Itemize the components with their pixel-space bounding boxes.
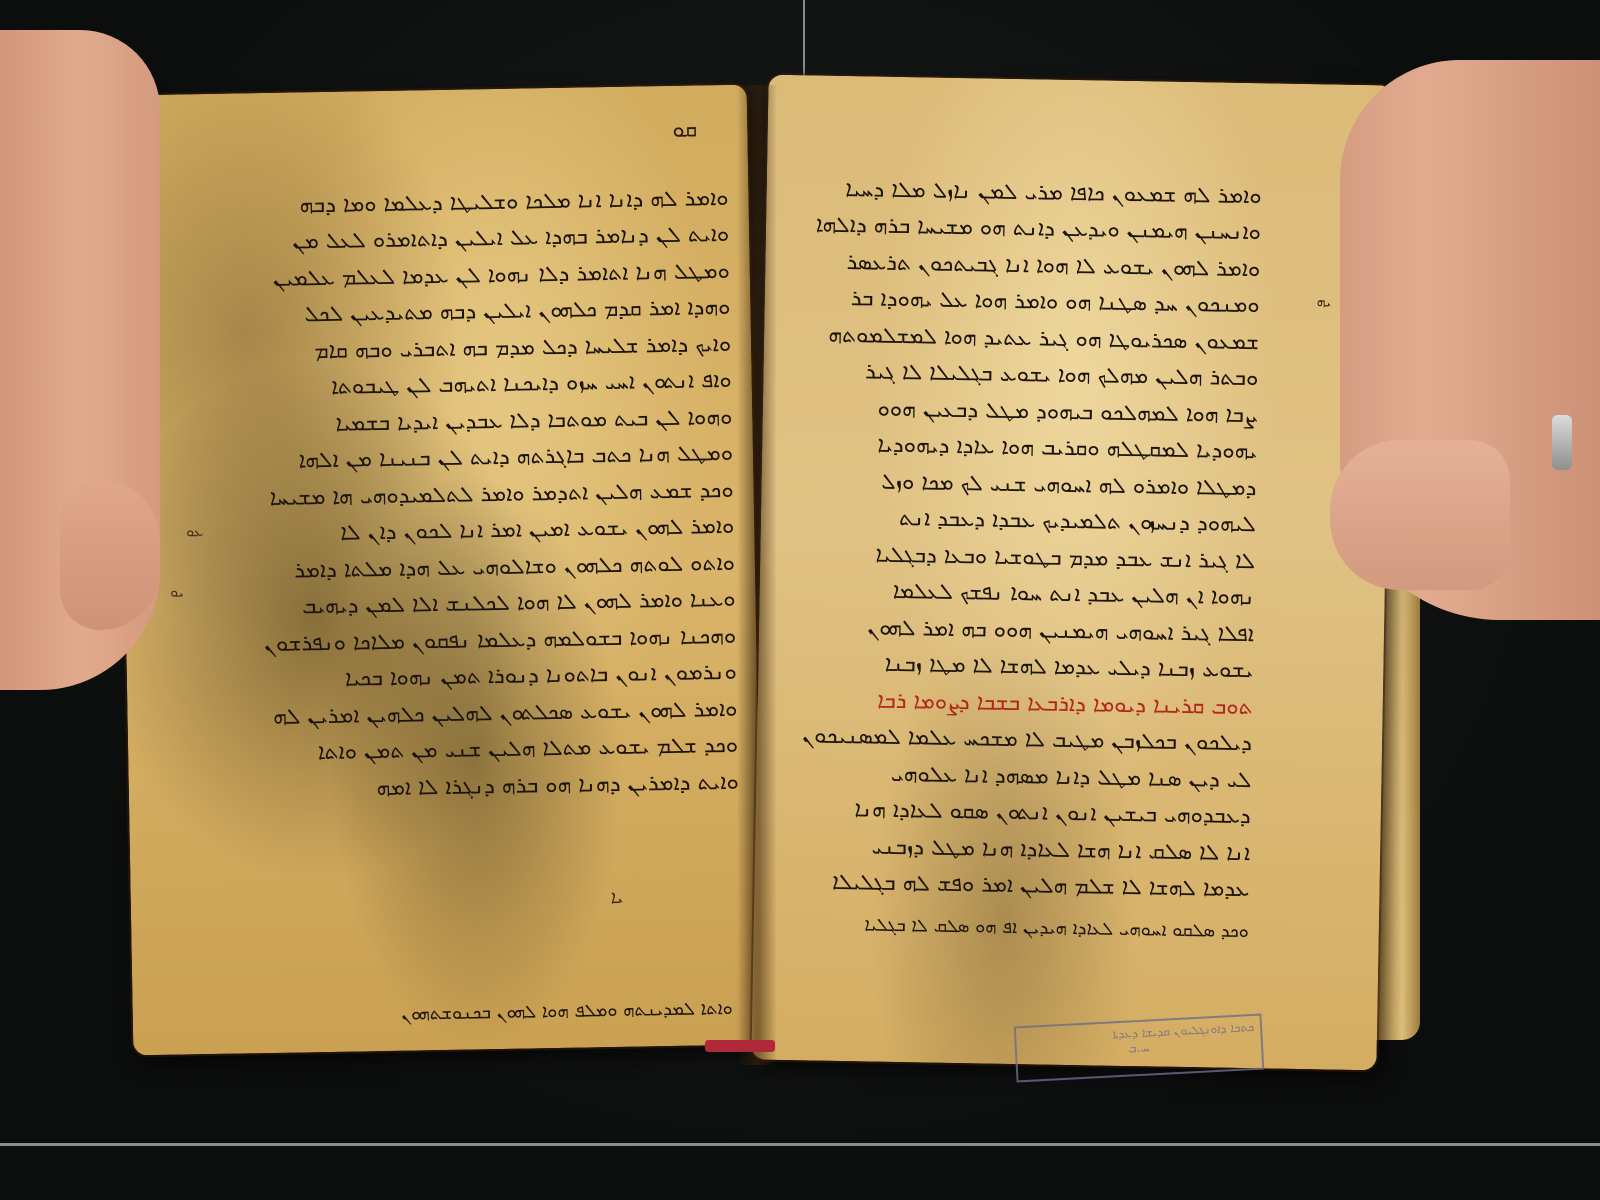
mat-line-vertical: [803, 0, 805, 80]
margin-note-1: ܥܘ: [186, 524, 203, 540]
catchword: ܝܐ: [611, 887, 624, 908]
last-line: ܘܟܕ ܣܠܩܘ ܐܚܘܗܝ ܠܥܐܕܐ ܗܝܕܝܢ ܐܦ ܗܘ ܣܠܩ ܠܐ …: [779, 905, 1250, 950]
right-page: ܝܗ ܘܐܡܪ ܠܗ ܫܡܥܘܢ ܟܐܦܐ ܡܪܝ ܠܡܢ ܢܐܙܠ ܡܠܐ ܕ…: [751, 75, 1393, 1071]
gutter: [737, 85, 777, 1065]
right-text-block: ܘܐܡܪ ܠܗ ܫܡܥܘܢ ܟܐܦܐ ܡܪܝ ܠܡܢ ܢܐܙܠ ܡܠܐ ܕܚܝܐ…: [779, 170, 1262, 908]
folio-number-right: ܝܗ: [1317, 294, 1332, 310]
manuscript: ܩܘ ܥܘ ܝܘ ܘܐܡܪ ܠܗ ܕܐܢܐ ܐܢܐ ܡܠܟܐ ܘܫܠܝܛܐ ܕܥ…: [125, 80, 1425, 1070]
left-text-block: ܘܐܡܪ ܠܗ ܕܐܢܐ ܐܢܐ ܡܠܟܐ ܘܫܠܝܛܐ ܕܥܠܡܐ ܘܡܐ ܕ…: [228, 180, 739, 809]
red-binding-edge: [705, 1040, 775, 1052]
mat-line-bottom: [0, 1143, 1600, 1146]
folio-number-left: ܩܘ: [672, 117, 697, 142]
left-thumb: [60, 480, 160, 630]
ring: [1552, 415, 1572, 470]
left-page: ܩܘ ܥܘ ܝܘ ܘܐܡܪ ܠܗ ܕܐܢܐ ܐܢܐ ܡܠܟܐ ܘܫܠܝܛܐ ܕܥ…: [117, 85, 764, 1056]
bottom-note: ܘܐܬܐ ܠܡܕܝܢܬܗ ܘܡܠܦ ܗܘܐ ܠܗܘܢ ܒܟܢܘܫܬܗܘܢ: [352, 990, 733, 1033]
text-line: ܥܕܡܐ ܠܗܫܐ ܠܐ ܫܠܡ ܗܠܝܢ ܐܡܪ ܘܦܫ ܠܗ ܒܓܠܝܠܐ: [779, 863, 1250, 908]
text-line: ܘܐܝܬ ܕܐܡܪܝܢ ܕܗܢܐ ܗܘ ܒܪܗ ܕܢܓܪܐ ܠܐ ܐܡܗ: [239, 764, 740, 809]
margin-note-2: ܝܘ: [170, 584, 184, 600]
right-thumb: [1330, 440, 1510, 590]
